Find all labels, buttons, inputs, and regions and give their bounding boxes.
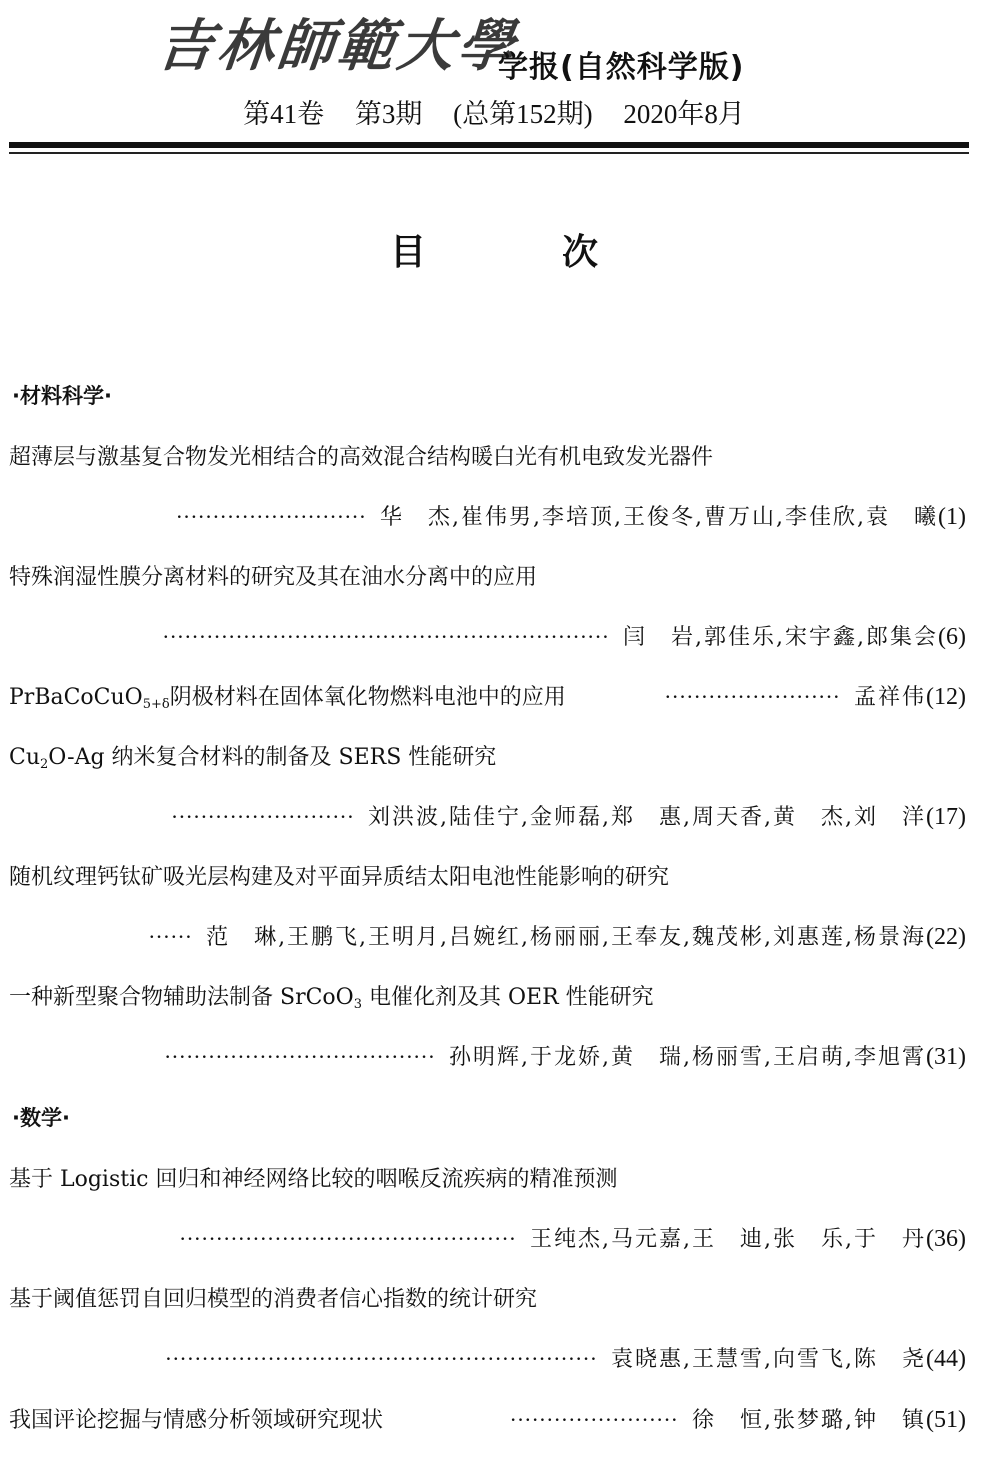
masthead: 吉林師範大學 学报(自然科学版) 第41卷 第3期 (总第152期) 2020年… — [0, 0, 988, 150]
header-rule-thin — [9, 152, 969, 154]
total-issue: (总第152期) — [453, 99, 592, 129]
dot-leader: ························· — [171, 804, 354, 830]
toc-entry-title[interactable]: Cu2O-Ag 纳米复合材料的制备及 SERS 性能研究 — [9, 740, 496, 772]
authors: 刘洪波,陆佳宁,金师磊,郑 惠,周天香,黄 杰,刘 洋 — [368, 800, 926, 831]
page-number: (1) — [938, 504, 966, 531]
toc-entry-byline: ········································… — [179, 1222, 966, 1253]
header-rule-thick — [9, 142, 969, 148]
toc-entry-title[interactable]: 一种新型聚合物辅助法制备 SrCoO3 电催化剂及其 OER 性能研究 — [9, 980, 654, 1012]
page-number: (44) — [926, 1346, 966, 1373]
authors: 孟祥伟 — [854, 680, 926, 711]
toc-entry-title[interactable]: PrBaCoCuO5+δ阴极材料在固体氧化物燃料电池中的应用 — [9, 680, 566, 712]
toc-entry-title[interactable]: 随机纹理钙钛矿吸光层构建及对平面异质结太阳电池性能影响的研究 — [9, 860, 669, 891]
issue-info: 第41卷 第3期 (总第152期) 2020年8月 — [0, 92, 988, 131]
toc-title: 目次 — [0, 224, 988, 275]
toc-entry-byline: ·························· 华 杰,崔伟男,李培顶,王… — [176, 500, 966, 531]
page-number: (36) — [926, 1226, 966, 1253]
toc-entry-byline: ········································… — [162, 620, 966, 651]
dot-leader: ·························· — [176, 504, 366, 530]
dot-leader: ········································… — [162, 624, 609, 650]
toc-entry-byline: ························ 孟祥伟 (12) — [664, 680, 966, 711]
section-heading-math: ·数学· — [12, 1102, 70, 1132]
authors: 范 琳,王鹏飞,王明月,吕婉红,杨丽丽,王奉友,魏茂彬,刘惠莲,杨景海 — [206, 920, 926, 951]
dot-leader: ········································… — [165, 1346, 597, 1372]
dot-leader: ····································· — [164, 1044, 435, 1070]
volume: 第41卷 — [243, 99, 324, 129]
toc-entry-byline: ····································· 孙明… — [164, 1040, 966, 1071]
page-number: (17) — [926, 804, 966, 831]
authors: 华 杰,崔伟男,李培顶,王俊冬,曹万山,李佳欣,袁 曦 — [380, 500, 938, 531]
authors: 王纯杰,马元嘉,王 迪,张 乐,于 丹 — [530, 1222, 926, 1253]
page-number: (31) — [926, 1044, 966, 1071]
toc-entry-title[interactable]: 超薄层与激基复合物发光相结合的高效混合结构暖白光有机电致发光器件 — [9, 440, 713, 471]
issue: 第3期 — [355, 99, 423, 129]
section-heading-materials: ·材料科学· — [12, 380, 112, 410]
journal-subtitle: 学报(自然科学版) — [498, 42, 744, 86]
authors: 孙明辉,于龙娇,黄 瑞,杨丽雪,王启萌,李旭霄 — [449, 1040, 926, 1071]
toc-entry-title[interactable]: 基于 Logistic 回归和神经网络比较的咽喉反流疾病的精准预测 — [9, 1162, 617, 1193]
toc-entry-byline: ························· 刘洪波,陆佳宁,金师磊,郑 … — [171, 800, 966, 831]
toc-entry-title[interactable]: 基于阈值惩罚自回归模型的消费者信心指数的统计研究 — [9, 1282, 537, 1313]
toc-entry-title[interactable]: 我国评论挖掘与情感分析领域研究现状 — [9, 1403, 383, 1434]
dot-leader: ······ — [148, 924, 192, 950]
page-number: (6) — [938, 624, 966, 651]
page-number: (12) — [926, 684, 966, 711]
journal-logo: 吉林師範大學 — [154, 2, 522, 82]
page-number: (22) — [926, 924, 966, 951]
issue-date: 2020年8月 — [623, 99, 745, 129]
dot-leader: ······················· — [510, 1407, 679, 1433]
page-number: (51) — [926, 1407, 966, 1434]
toc-entry-title[interactable]: 特殊润湿性膜分离材料的研究及其在油水分离中的应用 — [9, 560, 537, 591]
toc-entry-byline: ········································… — [165, 1342, 966, 1373]
dot-leader: ························ — [664, 684, 840, 710]
authors: 闫 岩,郭佳乐,宋宇鑫,郎集会 — [623, 620, 938, 651]
authors: 袁晓惠,王慧雪,向雪飞,陈 尧 — [611, 1342, 926, 1373]
toc-entry-byline: ······ 范 琳,王鹏飞,王明月,吕婉红,杨丽丽,王奉友,魏茂彬,刘惠莲,杨… — [148, 920, 966, 951]
toc-entry-byline: ······················· 徐 恒,张梦璐,钟 镇 (51) — [510, 1403, 967, 1434]
dot-leader: ········································… — [179, 1226, 516, 1252]
authors: 徐 恒,张梦璐,钟 镇 — [692, 1403, 926, 1434]
